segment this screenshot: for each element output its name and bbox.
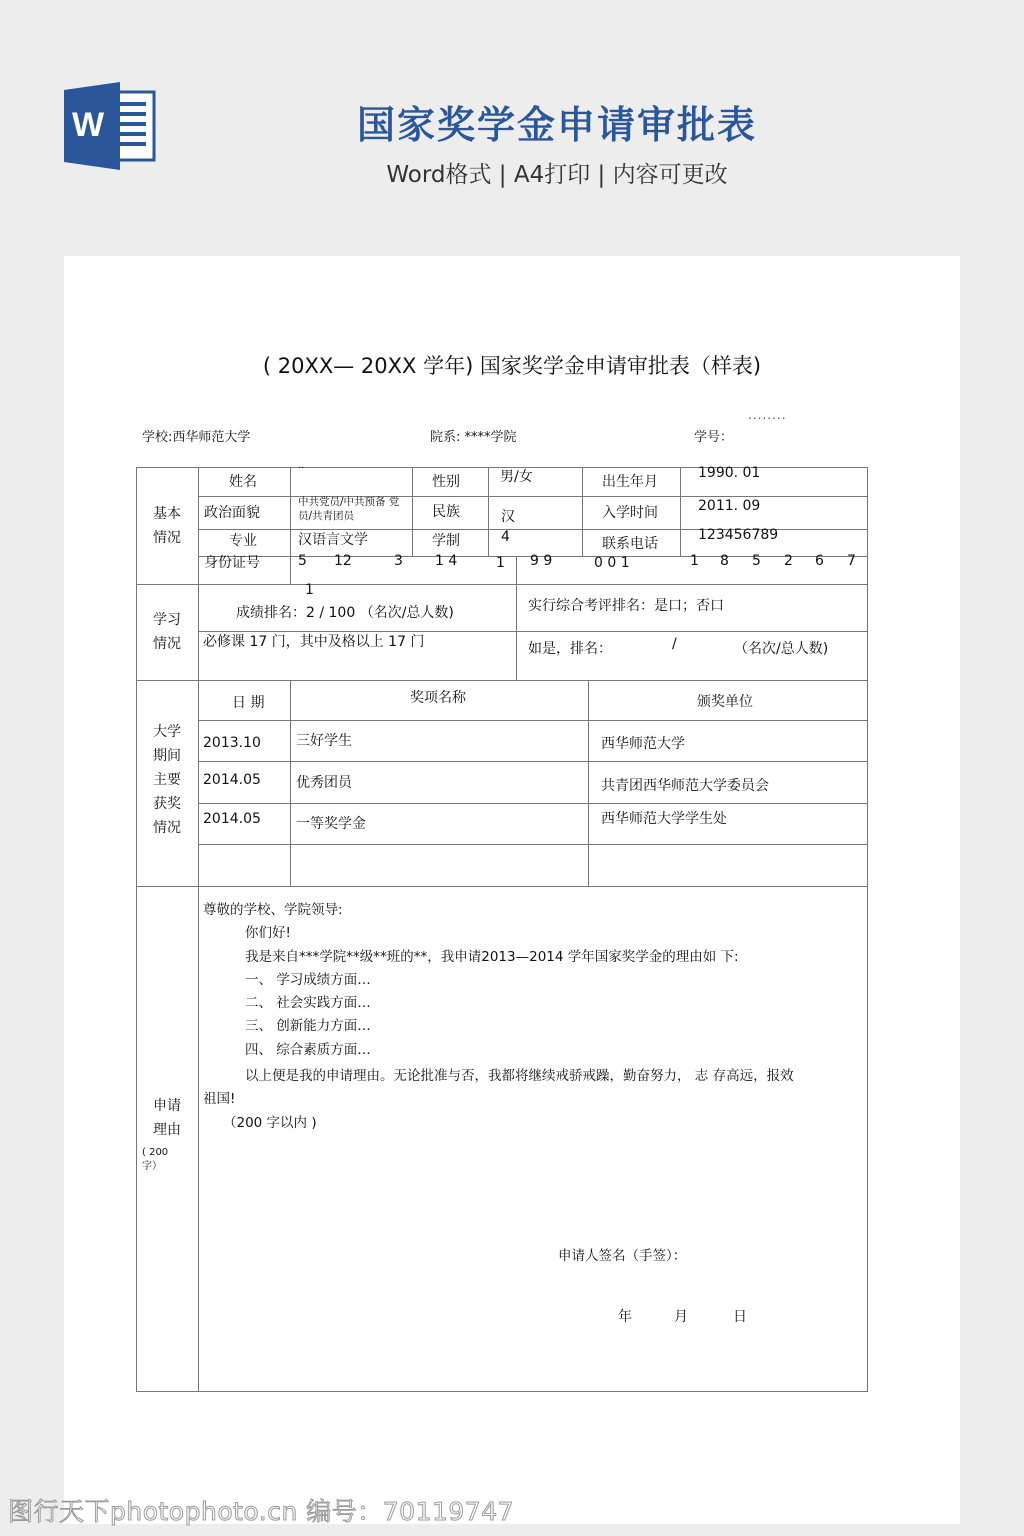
birth-label: 出生年月 [602,471,658,491]
reason-text-area[interactable]: 尊敬的学校、学院领导: 你们好! 我是来自***学院**级**班的**，我申请2… [203,899,863,1135]
awards-header-date: 日 期 [232,692,264,712]
major-label: 专业 [229,530,257,550]
comprehensive-ranking[interactable]: 实行综合考评排名：是口；否口 [528,595,724,615]
id-label: 身份证号 [204,552,260,572]
award-date: 2014.05 [203,772,261,788]
if-yes-suffix: （名次/总人数) [734,638,828,658]
section-label-reason: 申请 理由 [136,1094,198,1142]
watermark-text: 图行天下photophoto.cn 编号：70119747 [8,1492,514,1528]
word-icon-letter: W [72,106,104,145]
id-digit: 1 [690,553,699,569]
id-digit: 12 [334,553,352,569]
signature-label: 申请人签名（手签）： [558,1244,686,1264]
date-year-label: 年 [618,1306,632,1326]
id-digit: 8 [720,553,729,569]
id-digit: 7 [847,553,856,569]
student-id-label: 学号： [694,426,733,445]
awards-header-name: 奖项名称 [410,687,466,707]
reason-line: 以上便是我的申请理由。无论批准与否，我都将继续戒骄戒躁，勤奋努力， 志 存高远，… [203,1065,863,1088]
section-label-study: 学习 情况 [136,608,198,656]
awards-header-issuer: 颁奖单位 [697,691,753,711]
reason-line: 三、 创新能力方面… [203,1015,863,1038]
political-value[interactable]: 中共党员/中共预备 党员/共青团员 [298,495,410,523]
award-date: 2013.10 [203,735,261,751]
section-label-awards: 大学 期间 主要 获奖 情况 [136,720,198,840]
reason-line: 我是来自***学院**级**班的**，我申请2013—2014 学年国家奖学金的… [203,946,863,969]
reason-line: （200 字以内 ) [203,1112,863,1135]
document-title: ( 20XX— 20XX 学年) 国家奖学金申请审批表（样表) [64,350,960,380]
required-courses[interactable]: 必修课 17 门，其中及格以上 17 门 [203,631,424,651]
phone-label: 联系电话 [602,533,658,553]
document-page: ( 20XX— 20XX 学年) 国家奖学金申请审批表（样表) ........… [64,256,960,1524]
enroll-label: 入学时间 [602,502,658,522]
reason-line: 你们好! [203,922,863,945]
award-name: 优秀团员 [296,772,352,792]
reason-line: 二、 社会实践方面… [203,992,863,1015]
id-digit: 1 4 [435,553,457,569]
award-date: 2014.05 [203,811,261,827]
name-value[interactable]: .. [298,460,304,471]
duration-value[interactable]: 4 [501,529,510,545]
school-field: 学校:西华师范大学 [142,426,250,445]
reason-line: 一、 学习成绩方面… [203,969,863,992]
reason-line: 祖国! [203,1088,863,1111]
rank-text[interactable]: 成绩排名：2 / 100 （名次/总人数) [236,602,454,622]
department-field: 院系: ****学院 [430,426,517,445]
id-digit: 2 [784,553,793,569]
id-digit: 9 9 [530,553,552,569]
phone-value[interactable]: 123456789 [698,527,778,543]
ethnicity-label: 民族 [432,501,460,521]
gender-value[interactable]: 男/女 [500,466,533,486]
id-digit: 5 [298,553,307,569]
award-issuer: 西华师范大学学生处 [601,808,727,828]
duration-label: 学制 [432,530,460,550]
ethnicity-value[interactable]: 汉 [501,506,515,526]
if-yes-slash[interactable]: / [672,636,677,652]
id-digit: 1 [496,555,505,571]
date-day-label: 日 [733,1306,747,1326]
banner-subtitle: Word格式 | A4打印 | 内容可更改 [300,156,814,189]
section-label-basic: 基本 情况 [136,502,198,550]
political-label: 政治面貌 [204,502,260,522]
gender-label: 性别 [432,471,460,491]
id-digit: 3 [394,553,403,569]
banner-title: 国家奖学金申请审批表 [300,94,814,149]
date-month-label: 月 [674,1306,688,1326]
major-value[interactable]: 汉语言文学 [298,529,368,549]
award-issuer: 西华师范大学 [601,733,685,753]
birth-value[interactable]: 1990. 01 [698,465,760,481]
id-digit: 0 0 1 [594,555,630,571]
if-yes-label: 如是，排名： [528,638,612,658]
word-document-icon: W [64,82,156,170]
student-id-dots: ........ [748,408,787,422]
reason-line: 尊敬的学校、学院领导: [203,899,863,922]
reason-note: ( 200 字） [142,1146,168,1174]
award-issuer: 共青团西华师范大学委员会 [601,775,769,795]
name-label: 姓名 [229,471,257,491]
enroll-value[interactable]: 2011. 09 [698,498,760,514]
reason-line: 四、 综合素质方面… [203,1039,863,1062]
id-digit: 5 [752,553,761,569]
award-name: 一等奖学金 [296,813,366,833]
rank-superscript: 1 [305,582,314,598]
award-name: 三好学生 [296,730,352,750]
id-digit: 6 [815,553,824,569]
